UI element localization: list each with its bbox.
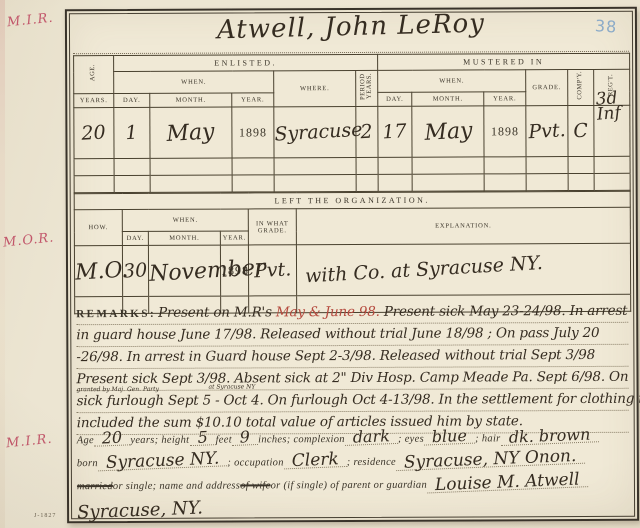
mustered-day-value: 17 (382, 120, 407, 143)
remarks-text-1b: Present sick May 23-24/98. In arrest (380, 303, 628, 320)
remarks-text-red: May & June 98. (276, 304, 380, 320)
guardian-label: or (if single) of parent or guardian (271, 480, 427, 492)
blank-cell (74, 159, 114, 176)
period-label-text: PERIOD YEARS. (360, 68, 373, 103)
page-number-stamp: 38 (594, 16, 618, 36)
enlisted-month-cell: May (150, 107, 232, 158)
occupation-field-label: ; occupation (227, 457, 283, 468)
feet-label: feet (216, 435, 232, 446)
soldier-name: Atwell, John LeRoy (73, 5, 630, 49)
margin-note-mir-bottom: M.I.R. (5, 432, 53, 452)
enlisted-year-value: 1898 (239, 125, 267, 139)
enlisted-day-value: 1 (125, 122, 138, 145)
company-value: C (573, 120, 589, 143)
period-years-value: 2 (360, 121, 373, 144)
remarks-label: REMARKS: (76, 308, 156, 320)
eyes-value: blue (424, 429, 476, 446)
enlisted-section-label: ENLISTED. (114, 54, 378, 71)
remarks-line-4: Present sick Sept 3/98. Absent sick at 2… (76, 367, 628, 391)
explanation-column-label: EXPLANATION. (296, 207, 630, 244)
guardian-city-value: Syracuse, NY. (77, 497, 204, 523)
single-label: or single; name and address (113, 480, 240, 492)
name-line: Atwell, John LeRoy 38 (73, 9, 629, 54)
left-year-label: YEAR. (220, 231, 248, 245)
explanation-value: with Co. at Syracuse NY. (305, 252, 544, 287)
enlisted-month-label: MONTH. (150, 93, 232, 107)
mustered-in-section-label: MUSTERED IN (378, 53, 630, 70)
description-section: Age 20 years; height 5 feet 9 inches; co… (77, 429, 629, 521)
age-label-text: AGE. (90, 64, 97, 81)
enlisted-day-label: DAY. (114, 93, 150, 107)
regiment-value-line2: Inf (596, 106, 621, 123)
complexion-value: dark (345, 429, 399, 446)
left-grade-cell: Pvt. (248, 245, 296, 296)
remarks-text-5: sick furlough Sept 5 - Oct 4. On furloug… (77, 391, 640, 409)
complexion-field-label: inches; complexion (258, 434, 345, 445)
company-column-label: COMP'Y. (568, 69, 594, 105)
grade-column-label: GRADE. (526, 70, 568, 106)
how-column-label: HOW. (74, 210, 122, 246)
mustered-year-value: 1898 (491, 124, 519, 138)
how-cell: M.O. (74, 246, 122, 297)
enlisted-when-label: WHEN. (114, 71, 274, 94)
margin-note-mir-top: M.I.R. (6, 11, 54, 31)
remarks-line-2: in guard house June 17/98. Released with… (76, 323, 628, 347)
regiment-cell: 3d Inf (594, 105, 630, 156)
married-struck-label: married (77, 481, 113, 492)
enlisted-year-label: YEAR. (232, 93, 274, 107)
company-label-text: COMP'Y. (577, 71, 584, 100)
mustered-when-label: WHEN. (378, 70, 526, 93)
description-line-guardian: married or single; name and address of w… (77, 475, 629, 499)
left-month-cell: November (148, 245, 220, 296)
enlisted-where-value: Syracuse (274, 119, 363, 146)
age-field-label: Age (77, 435, 94, 446)
left-year-value: 1898 (221, 263, 249, 277)
left-year-cell: 1898 (220, 245, 248, 296)
left-organization-table: LEFT THE ORGANIZATION. HOW. WHEN. IN WHA… (74, 191, 632, 314)
left-grade-value: Pvt. (253, 258, 291, 282)
age-column-label: AGE. (74, 56, 114, 94)
left-month-label: MONTH. (148, 231, 220, 245)
mustered-month-value: May (423, 118, 472, 146)
enlisted-month-value: May (166, 119, 215, 147)
remarks-line-3: -26/98. In arrest in Guard house Sept 2-… (76, 345, 628, 369)
left-day-value: 30 (123, 259, 148, 282)
interlined-note-at-syracuse: at Syracuse NY (209, 384, 256, 390)
age-value-cell: 20 (74, 108, 114, 159)
grade-cell: Pvt. (526, 106, 568, 157)
height-field-label: years; height (130, 435, 189, 446)
muster-record-card: Atwell, John LeRoy 38 AGE. ENLISTED. MUS… (65, 7, 639, 523)
interlined-note-granted-by: granted by Maj. Gen. Party (77, 387, 159, 393)
mustered-month-cell: May (412, 106, 484, 157)
mustered-year-cell: 1898 (484, 106, 526, 157)
mustered-day-label: DAY. (378, 92, 412, 106)
born-field-label: born (77, 458, 98, 469)
enlisted-where-label: WHERE. (274, 70, 356, 106)
enlisted-day-cell: 1 (114, 107, 150, 158)
mustered-year-label: YEAR. (484, 92, 526, 106)
age-years-label: YEARS. (74, 94, 114, 108)
company-cell: C (568, 105, 594, 156)
of-wife-struck-label: of wife (240, 480, 270, 491)
hair-value: dk. brown (500, 427, 598, 446)
occupation-value: Clerk (284, 452, 347, 469)
left-day-cell: 30 (122, 245, 148, 296)
residence-value: Syracuse, NY Onon. (396, 449, 585, 471)
enlisted-where-cell: Syracuse (274, 106, 356, 157)
book-page-edge (0, 0, 5, 528)
margin-note-mor: M.O.R. (2, 230, 55, 250)
enlistment-table: AGE. ENLISTED. MUSTERED IN WHEN. WHERE. … (73, 53, 631, 193)
desc-age-value: 20 (94, 430, 131, 446)
enlisted-year-cell: 1898 (232, 107, 274, 158)
mustered-day-cell: 17 (378, 106, 412, 157)
height-inches-value: 9 (232, 430, 259, 446)
description-line-guardian-city: Syracuse, NY. (77, 497, 629, 521)
how-value: M.O. (74, 257, 129, 285)
in-what-grade-label: IN WHAT GRADE. (248, 209, 296, 245)
remarks-text-1a: Present on M.R's (158, 304, 276, 321)
eyes-field-label: ; eyes (398, 434, 424, 445)
mustered-month-label: MONTH. (412, 92, 484, 106)
remarks-line-1: REMARKS:Present on M.R's May & June 98. … (76, 301, 628, 325)
explanation-cell: with Co. at Syracuse NY. (296, 243, 630, 295)
guardian-name-value: Louise M. Atwell (427, 472, 588, 493)
left-day-label: DAY. (122, 231, 148, 245)
hair-field-label: ; hair (475, 433, 500, 444)
form-print-code: J-1827 (34, 513, 56, 519)
regiment-value: 3d Inf (595, 91, 621, 123)
age-value: 20 (81, 121, 106, 144)
height-feet-value: 5 (189, 430, 216, 446)
period-years-label: PERIOD YEARS. (356, 70, 378, 106)
remarks-section: REMARKS:Present on M.R's May & June 98. … (76, 301, 629, 435)
grade-value: Pvt. (528, 119, 566, 143)
blank-cell (74, 176, 114, 193)
remarks-line-5: granted by Maj. Gen. Party at Syracuse N… (77, 389, 629, 413)
period-years-cell: 2 (356, 106, 378, 157)
residence-field-label: ; residence (347, 457, 396, 468)
born-value: Syracuse NY. (98, 451, 228, 471)
left-when-label: WHEN. (122, 209, 248, 232)
